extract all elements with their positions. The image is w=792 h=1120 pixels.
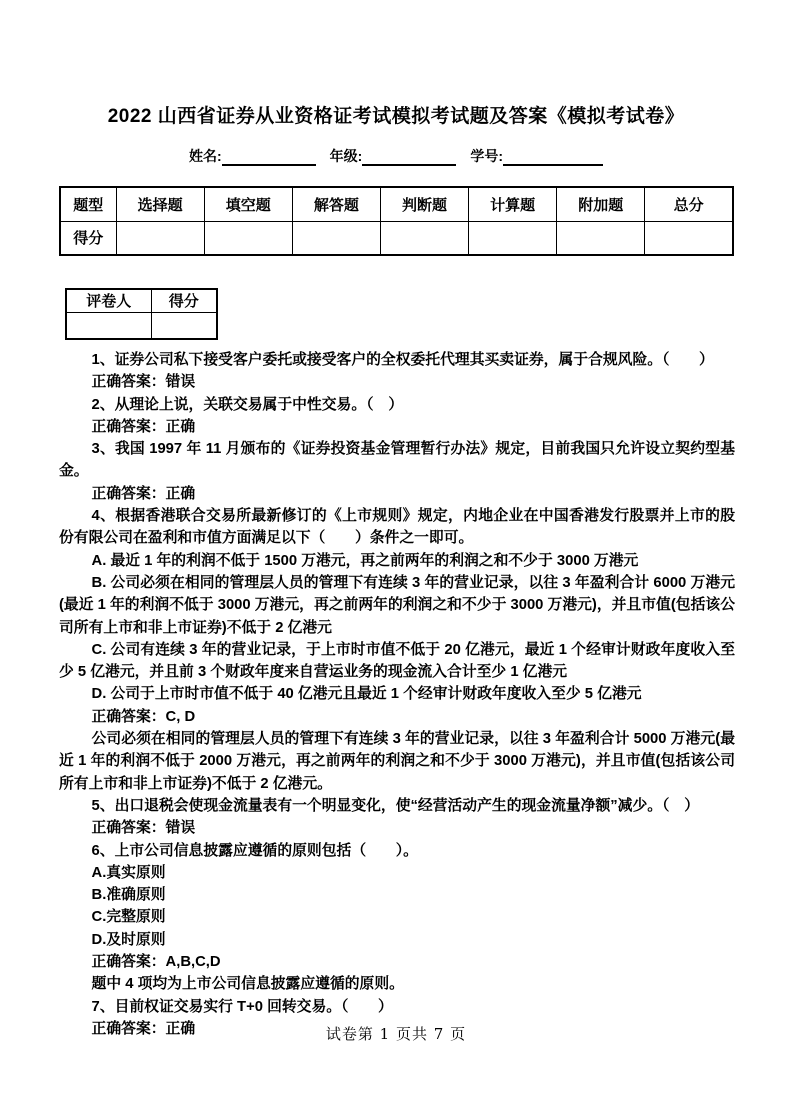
score-value-cell [116,221,204,255]
reviewer-score-table: 评卷人 得分 [65,288,218,340]
score-table-header-cell: 判断题 [380,187,468,221]
name-field-blank [222,150,316,166]
answer-5: 正确答案：错误 [59,817,735,839]
question-4-text: 4、根据香港联合交易所最新修订的《上市规则》规定，内地企业在中国香港发行股票并上… [59,505,735,550]
question-4-option-d: D. 公司于上市时市值不低于 40 亿港元且最近 1 个经审计财政年度收入至少 … [59,683,735,705]
answer-1: 正确答案：错误 [59,371,735,393]
score-value-cell [380,221,468,255]
score-table-header-cell: 计算题 [469,187,557,221]
score-table-header-cell: 解答题 [292,187,380,221]
question-4-option-a: A. 最近 1 年的利润不低于 1500 万港元，再之前两年的利润之和不少于 3… [59,550,735,572]
question-2-text: 2、从理论上说，关联交易属于中性交易。（ ） [59,394,735,416]
question-4-option-b: B. 公司必须在相同的管理层人员的管理下有连续 3 年的营业记录，以往 3 年盈… [59,572,735,639]
question-6-explanation: 题中 4 项均为上市公司信息披露应遵循的原则。 [59,973,735,995]
score-table-header-cell: 总分 [645,187,733,221]
student-id-field: 学号: [470,146,603,166]
student-id-field-blank [503,150,603,166]
score-value-cell [469,221,557,255]
question-6-text: 6、上市公司信息披露应遵循的原则包括（ ）。 [59,840,735,862]
score-value-cell [292,221,380,255]
exam-body: 1、证券公司私下接受客户委托或接受客户的全权委托代理其买卖证券，属于合规风险。（… [59,349,735,1040]
reviewer-value-cell [151,312,217,339]
page-number-footer: 试卷第 1 页共 7 页 [0,1023,792,1044]
question-1-text: 1、证券公司私下接受客户委托或接受客户的全权委托代理其买卖证券，属于合规风险。（… [59,349,735,371]
score-table-header-cell: 附加题 [557,187,645,221]
question-4-explanation: 公司必须在相同的管理层人员的管理下有连续 3 年的营业记录，以往 3 年盈利合计… [59,728,735,795]
question-5-text: 5、出口退税会使现金流量表有一个明显变化，使“经营活动产生的现金流量净额”减少。… [59,795,735,817]
question-3-text: 3、我国 1997 年 11 月颁布的《证券投资基金管理暂行办法》规定，目前我国… [59,438,735,483]
grade-field-label: 年级: [330,146,363,166]
question-6-option-a: A.真实原则 [59,862,735,884]
score-table-header-row: 题型 选择题 填空题 解答题 判断题 计算题 附加题 总分 [60,187,733,221]
answer-3: 正确答案：正确 [59,483,735,505]
question-6-option-c: C.完整原则 [59,906,735,928]
page-title: 2022 山西省证券从业资格证考试模拟考试题及答案《模拟考试卷》 [0,101,792,128]
score-summary-table: 题型 选择题 填空题 解答题 判断题 计算题 附加题 总分 得分 [59,186,734,256]
answer-2: 正确答案：正确 [59,416,735,438]
name-field: 姓名: [189,146,316,166]
question-4-option-c: C. 公司有连续 3 年的营业记录，于上市时市值不低于 20 亿港元，最近 1 … [59,639,735,684]
reviewer-value-cell [66,312,151,339]
reviewer-table-header-cell: 得分 [151,289,217,312]
name-field-label: 姓名: [189,146,222,166]
answer-6: 正确答案：A,B,C,D [59,951,735,973]
grade-field: 年级: [330,146,457,166]
question-7-text: 7、目前权证交易实行 T+0 回转交易。（ ） [59,996,735,1018]
score-table-header-cell: 题型 [60,187,116,221]
score-value-cell [204,221,292,255]
score-table-header-cell: 填空题 [204,187,292,221]
reviewer-table-value-row [66,312,217,339]
score-value-cell [557,221,645,255]
grade-field-blank [362,150,456,166]
question-6-option-d: D.及时原则 [59,929,735,951]
question-6-option-b: B.准确原则 [59,884,735,906]
exam-paper-page: 2022 山西省证券从业资格证考试模拟考试题及答案《模拟考试卷》 姓名: 年级:… [0,0,792,1120]
reviewer-table-header-row: 评卷人 得分 [66,289,217,312]
answer-4: 正确答案：C, D [59,706,735,728]
reviewer-table-header-cell: 评卷人 [66,289,151,312]
score-table-header-cell: 选择题 [116,187,204,221]
score-value-cell [645,221,733,255]
score-row-label-cell: 得分 [60,221,116,255]
score-table-value-row: 得分 [60,221,733,255]
student-info-row: 姓名: 年级: 学号: [0,146,792,166]
student-id-field-label: 学号: [470,146,503,166]
